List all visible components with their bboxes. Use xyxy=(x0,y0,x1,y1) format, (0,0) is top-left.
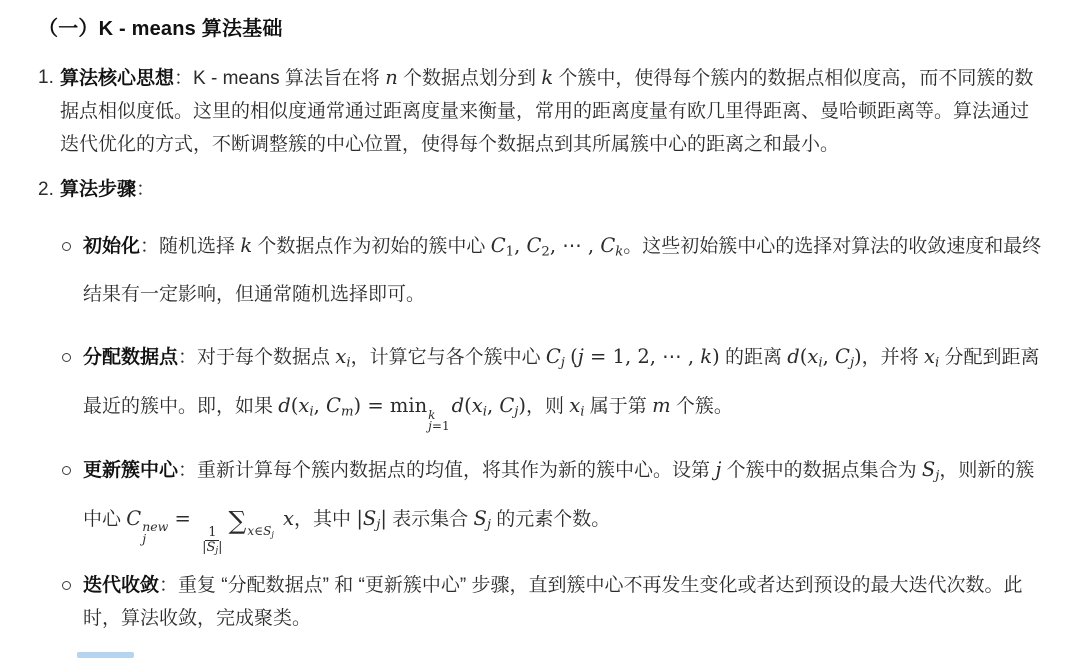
item-body: 算法核心思想：K - means 算法旨在将 n 个数据点划分到 k 个簇中，使… xyxy=(60,61,1046,161)
numbered-item-steps: 2. 算法步骤： 初始化：随机选择 k 个数据点作为初始的簇中心 C1, C2,… xyxy=(38,173,1046,649)
bullet-body: 更新簇中心：重新计算每个簇内数据点的均值，将其作为新的簇中心。设第 j 个簇中的… xyxy=(83,446,1046,555)
label-colon: ： xyxy=(136,179,155,200)
bullet-text: 对于每个数据点 xi，计算它与各个簇中心 Cj (j = 1, 2, ⋯ , k… xyxy=(83,347,1039,417)
bullet-label: 分配数据点 xyxy=(83,347,178,368)
bullet-body: 迭代收敛：重复 “分配数据点” 和 “更新簇中心” 步骤，直到簇中心不再发生变化… xyxy=(83,569,1046,635)
bullet-marker-icon xyxy=(60,446,83,555)
section-heading: （一）K - means 算法基础 xyxy=(38,12,1046,41)
clipped-blue-element xyxy=(77,652,134,658)
numbered-item-core-idea: 1. 算法核心思想：K - means 算法旨在将 n 个数据点划分到 k 个簇… xyxy=(38,61,1046,161)
item-number: 1. xyxy=(38,61,60,161)
item-number: 2. xyxy=(38,173,60,649)
label-colon: ： xyxy=(140,236,159,257)
label-colon: ： xyxy=(159,575,178,596)
bullet-body: 初始化：随机选择 k 个数据点作为初始的簇中心 C1, C2, ⋯ , Ck。这… xyxy=(83,222,1046,319)
item-text: K - means 算法旨在将 n 个数据点划分到 k 个簇中，使得每个簇内的数… xyxy=(60,68,1033,155)
bullet-item-iterate-converge: 迭代收敛：重复 “分配数据点” 和 “更新簇中心” 步骤，直到簇中心不再发生变化… xyxy=(60,569,1046,635)
label-colon: ： xyxy=(178,347,197,368)
bullet-text: 重新计算每个簇内数据点的均值，将其作为新的簇中心。设第 j 个簇中的数据点集合为… xyxy=(83,460,1034,530)
bullet-list: 初始化：随机选择 k 个数据点作为初始的簇中心 C1, C2, ⋯ , Ck。这… xyxy=(60,222,1046,635)
bullet-item-update-centers: 更新簇中心：重新计算每个簇内数据点的均值，将其作为新的簇中心。设第 j 个簇中的… xyxy=(60,446,1046,555)
bullet-marker-icon xyxy=(60,333,83,432)
bullet-marker-icon xyxy=(60,569,83,635)
bullet-item-initialization: 初始化：随机选择 k 个数据点作为初始的簇中心 C1, C2, ⋯ , Ck。这… xyxy=(60,222,1046,319)
bullet-label: 更新簇中心 xyxy=(83,460,178,481)
item-body: 算法步骤： 初始化：随机选择 k 个数据点作为初始的簇中心 C1, C2, ⋯ … xyxy=(60,173,1046,649)
label-colon: ： xyxy=(174,68,193,89)
item-label: 算法步骤 xyxy=(60,179,136,200)
document-page: （一）K - means 算法基础 1. 算法核心思想：K - means 算法… xyxy=(0,0,1080,660)
bullet-item-assign-points: 分配数据点：对于每个数据点 xi，计算它与各个簇中心 Cj (j = 1, 2,… xyxy=(60,333,1046,432)
bullet-text: 随机选择 k 个数据点作为初始的簇中心 C1, C2, ⋯ , Ck。这些初始簇… xyxy=(83,236,1041,305)
bullet-label: 迭代收敛 xyxy=(83,575,159,596)
item-label: 算法核心思想 xyxy=(60,68,174,89)
bullet-text: 重复 “分配数据点” 和 “更新簇中心” 步骤，直到簇中心不再发生变化或者达到预… xyxy=(83,575,1022,629)
bullet-label: 初始化 xyxy=(83,236,140,257)
bullet-marker-icon xyxy=(60,222,83,319)
bullet-body: 分配数据点：对于每个数据点 xi，计算它与各个簇中心 Cj (j = 1, 2,… xyxy=(83,333,1046,432)
label-colon: ： xyxy=(178,460,197,481)
